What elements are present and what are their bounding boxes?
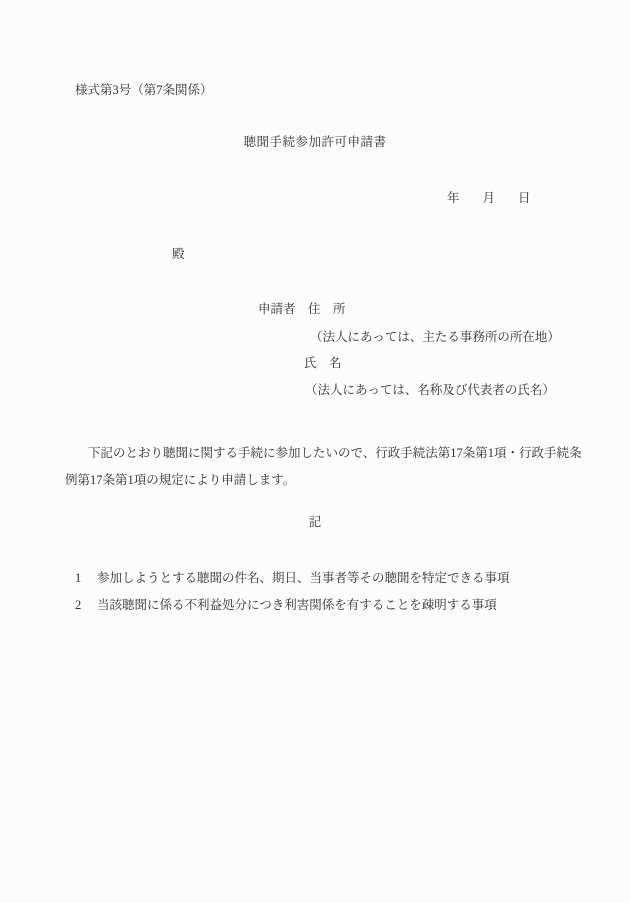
body-paragraph: 下記のとおり聴聞に関する手続に参加したいので、行政手続法第17条第1項・行政手続… (65, 440, 585, 494)
item-2-text: 当該聴聞に係る不利益処分につき利害関係を有することを疎明する事項 (97, 598, 497, 612)
year-label: 年 (447, 192, 460, 205)
corporate-name-note: （法人にあっては、名称及び代表者の氏名） (305, 384, 555, 397)
day-label: 日 (518, 192, 531, 205)
applicant-address-label: 申請者 住 所 (258, 303, 346, 316)
hearing-participation-application-form: 様式第3号（第7条関係） 聴聞手続参加許可申請書 年 月 日 殿 申請者 住 所… (0, 0, 630, 903)
list-item-1: 1参加しようとする聴聞の件名、期日、当事者等その聴聞を特定できる事項 (75, 572, 510, 585)
record-marker: 記 (0, 516, 630, 529)
item-1-text: 参加しようとする聴聞の件名、期日、当事者等その聴聞を特定できる事項 (97, 571, 510, 585)
applicant-name-label: 氏 名 (304, 357, 342, 370)
date-line: 年 月 日 (447, 192, 531, 205)
document-title: 聴聞手続参加許可申請書 (0, 136, 630, 149)
body-paragraph-line-1: 下記のとおり聴聞に関する手続に参加したいので、行政手続法第17条第1項・行政手続… (65, 440, 585, 467)
form-number: 様式第3号（第7条関係） (75, 84, 213, 97)
addressee-honorific: 殿 (172, 248, 185, 261)
item-2-number: 2 (75, 599, 97, 612)
month-label: 月 (483, 192, 496, 205)
item-1-number: 1 (75, 572, 97, 585)
corporate-address-note: （法人にあっては、主たる事務所の所在地） (310, 331, 560, 344)
list-item-2: 2当該聴聞に係る不利益処分につき利害関係を有することを疎明する事項 (75, 599, 497, 612)
body-paragraph-line-2: 例第17条第1項の規定により申請します。 (65, 467, 585, 494)
